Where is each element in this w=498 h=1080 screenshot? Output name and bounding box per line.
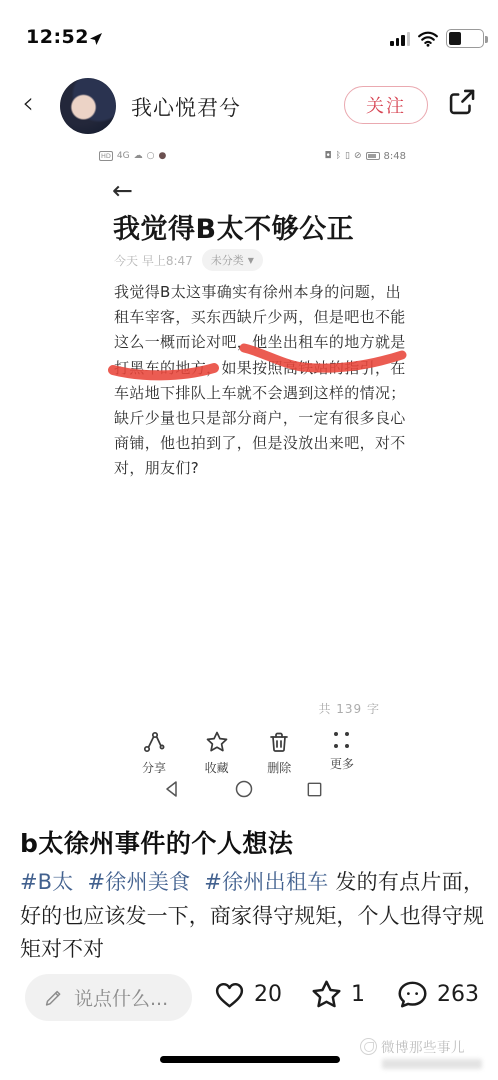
inner-delete-label: 删除 xyxy=(267,759,291,776)
like-button[interactable]: 20 xyxy=(213,978,282,1011)
bluetooth-icon: ᛒ xyxy=(336,150,341,162)
android-nav-bar xyxy=(162,779,324,799)
inner-delete-button[interactable]: 删除 xyxy=(251,730,307,776)
comment-placeholder: 说点什么... xyxy=(74,984,168,1011)
battery-icon xyxy=(446,29,484,48)
inner-meta-row: 今天 早上8:47 未分类 ▼ xyxy=(114,249,263,271)
body-line: 打黑车的地方，如果按照高铁站的指引，在 xyxy=(114,356,414,381)
inner-more-button[interactable]: 更多 xyxy=(314,730,370,776)
inner-status-bar: HD 4G ☁ ○ ● ◘ ᛒ ▯ ⊘ 8:48 xyxy=(99,150,406,166)
inner-battery-icon xyxy=(366,152,380,160)
chevron-down-icon: ▼ xyxy=(248,256,254,265)
inner-more-label: 更多 xyxy=(330,755,354,772)
share-icon[interactable] xyxy=(444,86,478,120)
star-icon xyxy=(205,730,229,754)
body-line: 对，朋友们? xyxy=(114,456,414,481)
word-count: 共 139 字 xyxy=(290,700,380,717)
inner-share-label: 分享 xyxy=(142,759,166,776)
home-indicator xyxy=(160,1056,340,1063)
heart-icon xyxy=(213,978,246,1011)
comment-count: 263 xyxy=(437,982,479,1007)
bottom-action-bar: 说点什么... 20 1 xyxy=(0,972,498,1024)
comment-input[interactable]: 说点什么... xyxy=(25,974,192,1021)
comment-bubble-icon xyxy=(396,978,429,1011)
watermark-subline-blur xyxy=(382,1059,482,1069)
comment-button[interactable]: 263 xyxy=(396,978,479,1011)
clock: 12:52 xyxy=(26,26,89,48)
wifi-icon xyxy=(417,31,439,47)
nav-back-triangle-icon[interactable] xyxy=(162,779,182,799)
back-button[interactable]: ‹ xyxy=(22,84,34,124)
body-line: 商铺，他也拍到了，但是没放出来吧，对不 xyxy=(114,431,414,456)
watermark-text: 微博那些事儿 xyxy=(381,1036,465,1056)
star-icon xyxy=(310,978,343,1011)
favorite-count: 1 xyxy=(351,982,365,1007)
username: 我心悦君兮 xyxy=(131,92,241,122)
inner-favorite-button[interactable]: 收藏 xyxy=(189,730,245,776)
inner-timestamp: 今天 早上8:47 xyxy=(114,252,193,269)
post-title: b太徐州事件的个人想法 xyxy=(20,824,293,860)
qq-person-icon: ● xyxy=(158,150,166,162)
hashtag-link[interactable]: #B太 xyxy=(20,870,74,894)
follow-button[interactable]: 关注 xyxy=(344,86,428,124)
alarm-icon: ⊘ xyxy=(354,150,362,162)
inner-note-title: 我觉得B太不够公正 xyxy=(113,207,354,246)
nav-recents-square-icon[interactable] xyxy=(305,780,324,799)
body-line: 我觉得B太这事确实有徐州本身的问题，出 xyxy=(114,280,414,305)
hashtag-link[interactable]: #徐州美食 xyxy=(87,870,190,894)
cellular-signal-icon xyxy=(390,32,410,46)
body-line: 这么一概而论对吧，他坐出租车的地方就是 xyxy=(114,330,414,355)
inner-back-arrow-icon: ← xyxy=(112,176,133,205)
body-line: 缺斤少量也只是部分商户，一定有很多良心 xyxy=(114,406,414,431)
screen: 12:52 ‹ 我心悦君兮 关注 xyxy=(0,0,498,1080)
body-line: 租车宰客，买东西缺斤少两，但是吧也不能 xyxy=(114,305,414,330)
avatar[interactable] xyxy=(60,78,116,134)
inner-clock: 8:48 xyxy=(384,151,406,162)
hd-icon: HD xyxy=(99,151,113,161)
inner-toolbar: 分享 收藏 删除 更多 xyxy=(126,730,370,776)
inner-share-button[interactable]: 分享 xyxy=(126,730,182,776)
pencil-icon xyxy=(42,987,64,1009)
post-body: #B太 #徐州美食 #徐州出租车 发的有点片面，好的也应该发一下，商家得守规矩，… xyxy=(20,866,484,967)
category-label: 未分类 xyxy=(211,252,244,268)
body-line: 车站地下排队上车就不会遇到这样的情况； xyxy=(114,381,414,406)
camera-mute-icon: ◘ xyxy=(325,150,332,162)
status-bar: 12:52 xyxy=(0,24,498,54)
nav-home-circle-icon[interactable] xyxy=(234,779,254,799)
network-4g-icon: 4G xyxy=(117,150,130,162)
circle-app-icon: ○ xyxy=(147,150,155,162)
hashtag-link[interactable]: #徐州出租车 xyxy=(204,870,328,894)
favorite-button[interactable]: 1 xyxy=(310,978,365,1011)
share-nodes-icon xyxy=(142,730,166,754)
inner-note-body: 我觉得B太这事确实有徐州本身的问题，出 租车宰客，买东西缺斤少两，但是吧也不能 … xyxy=(114,280,414,482)
location-arrow-icon xyxy=(88,31,104,47)
like-count: 20 xyxy=(254,982,282,1007)
vibrate-icon: ▯ xyxy=(345,150,350,162)
watermark-logo-icon xyxy=(360,1038,377,1055)
category-dropdown: 未分类 ▼ xyxy=(202,249,263,271)
watermark: 微博那些事儿 xyxy=(360,1036,492,1069)
trash-icon xyxy=(267,730,291,754)
inner-favorite-label: 收藏 xyxy=(205,759,229,776)
post-header: ‹ 我心悦君兮 关注 xyxy=(0,76,498,136)
more-dots-icon xyxy=(332,730,352,750)
cloud-icon: ☁ xyxy=(134,150,143,162)
